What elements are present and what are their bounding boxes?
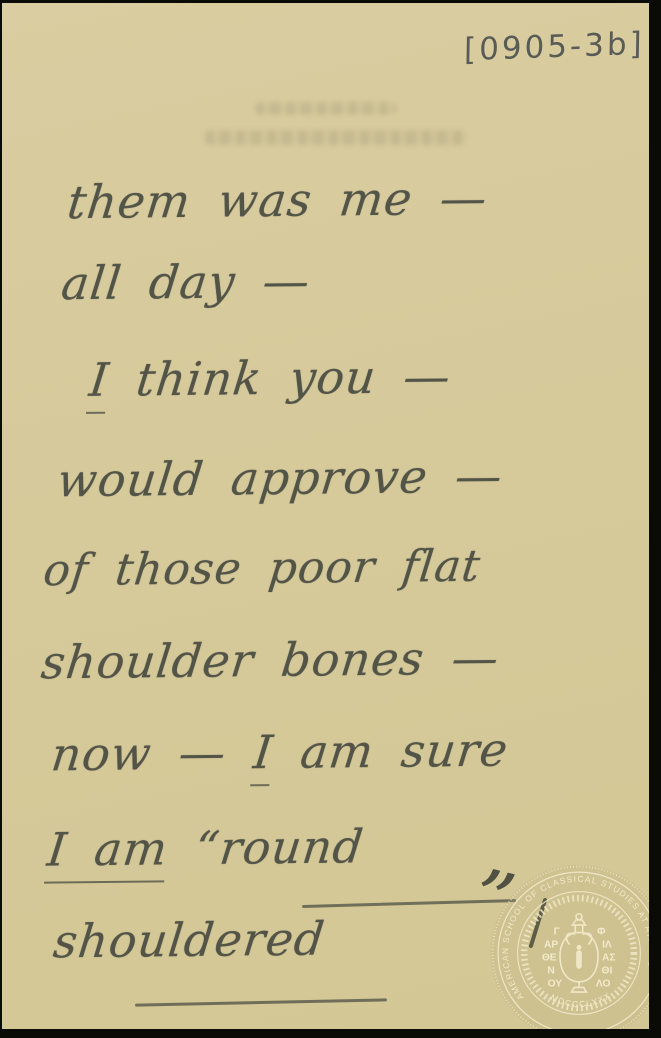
handwriting-text: “round (165, 819, 367, 875)
letterhead-bleedthrough-line2 (205, 130, 467, 145)
greek-letter: ΛΟ (596, 978, 611, 989)
archival-code: [0905-3b] (464, 26, 645, 68)
handwriting-text: all day — (59, 254, 313, 311)
scanned-letter-screenshot: { "scan": { "archival_code": "[0905-3b]"… (0, 0, 661, 1038)
handwriting-line-2: all day — (59, 254, 313, 311)
scanned-letter-page: [0905-3b] them was me — all day — I thin… (2, 3, 649, 1029)
greek-letter: Φ (597, 926, 606, 937)
handwriting-text: think you — (106, 349, 454, 407)
greek-letter: ΘΕ (542, 952, 557, 963)
handwriting-line-1: them was me — (65, 171, 491, 229)
handwriting-text: of those poor flat (41, 541, 484, 597)
handwriting-text: shoulder bones — (39, 631, 502, 690)
handwriting-text: them was me — (65, 171, 491, 229)
handwriting-line-6: shoulder bones — (39, 631, 502, 690)
greek-letter: ΘΙ (602, 965, 613, 976)
handwriting-text: now — (49, 725, 257, 781)
greek-letter: ΙΛ (602, 939, 612, 950)
letterhead-bleedthrough-line1 (255, 102, 397, 115)
handwriting-text: would approve — (55, 449, 506, 508)
handwriting-line-7: now — I am sure (49, 723, 511, 782)
embossed-seal: AMERICAN SCHOOL OF CLASSICAL STUDIES AT … (486, 860, 649, 1029)
greek-letter: ΑΣ (602, 952, 616, 963)
handwriting-line-3: I think you — (87, 349, 454, 407)
handwriting-line-4: would approve — (55, 449, 506, 508)
underline-stroke-shouldered (135, 998, 387, 1006)
handwriting-text: am sure (270, 723, 511, 779)
greek-letter: ΟΥ (548, 978, 563, 989)
handwriting-line-5: of those poor flat (41, 541, 484, 597)
handwriting-text: shouldered (51, 912, 328, 969)
handwriting-line-8: I am “round (45, 819, 367, 876)
greek-letter: ΑΡ (544, 939, 558, 950)
handwriting-text-underlined: I am (44, 821, 171, 883)
greek-letter: Ν (547, 965, 554, 976)
greek-letter: Γ (554, 926, 560, 937)
handwriting-line-9: shouldered (51, 912, 328, 969)
